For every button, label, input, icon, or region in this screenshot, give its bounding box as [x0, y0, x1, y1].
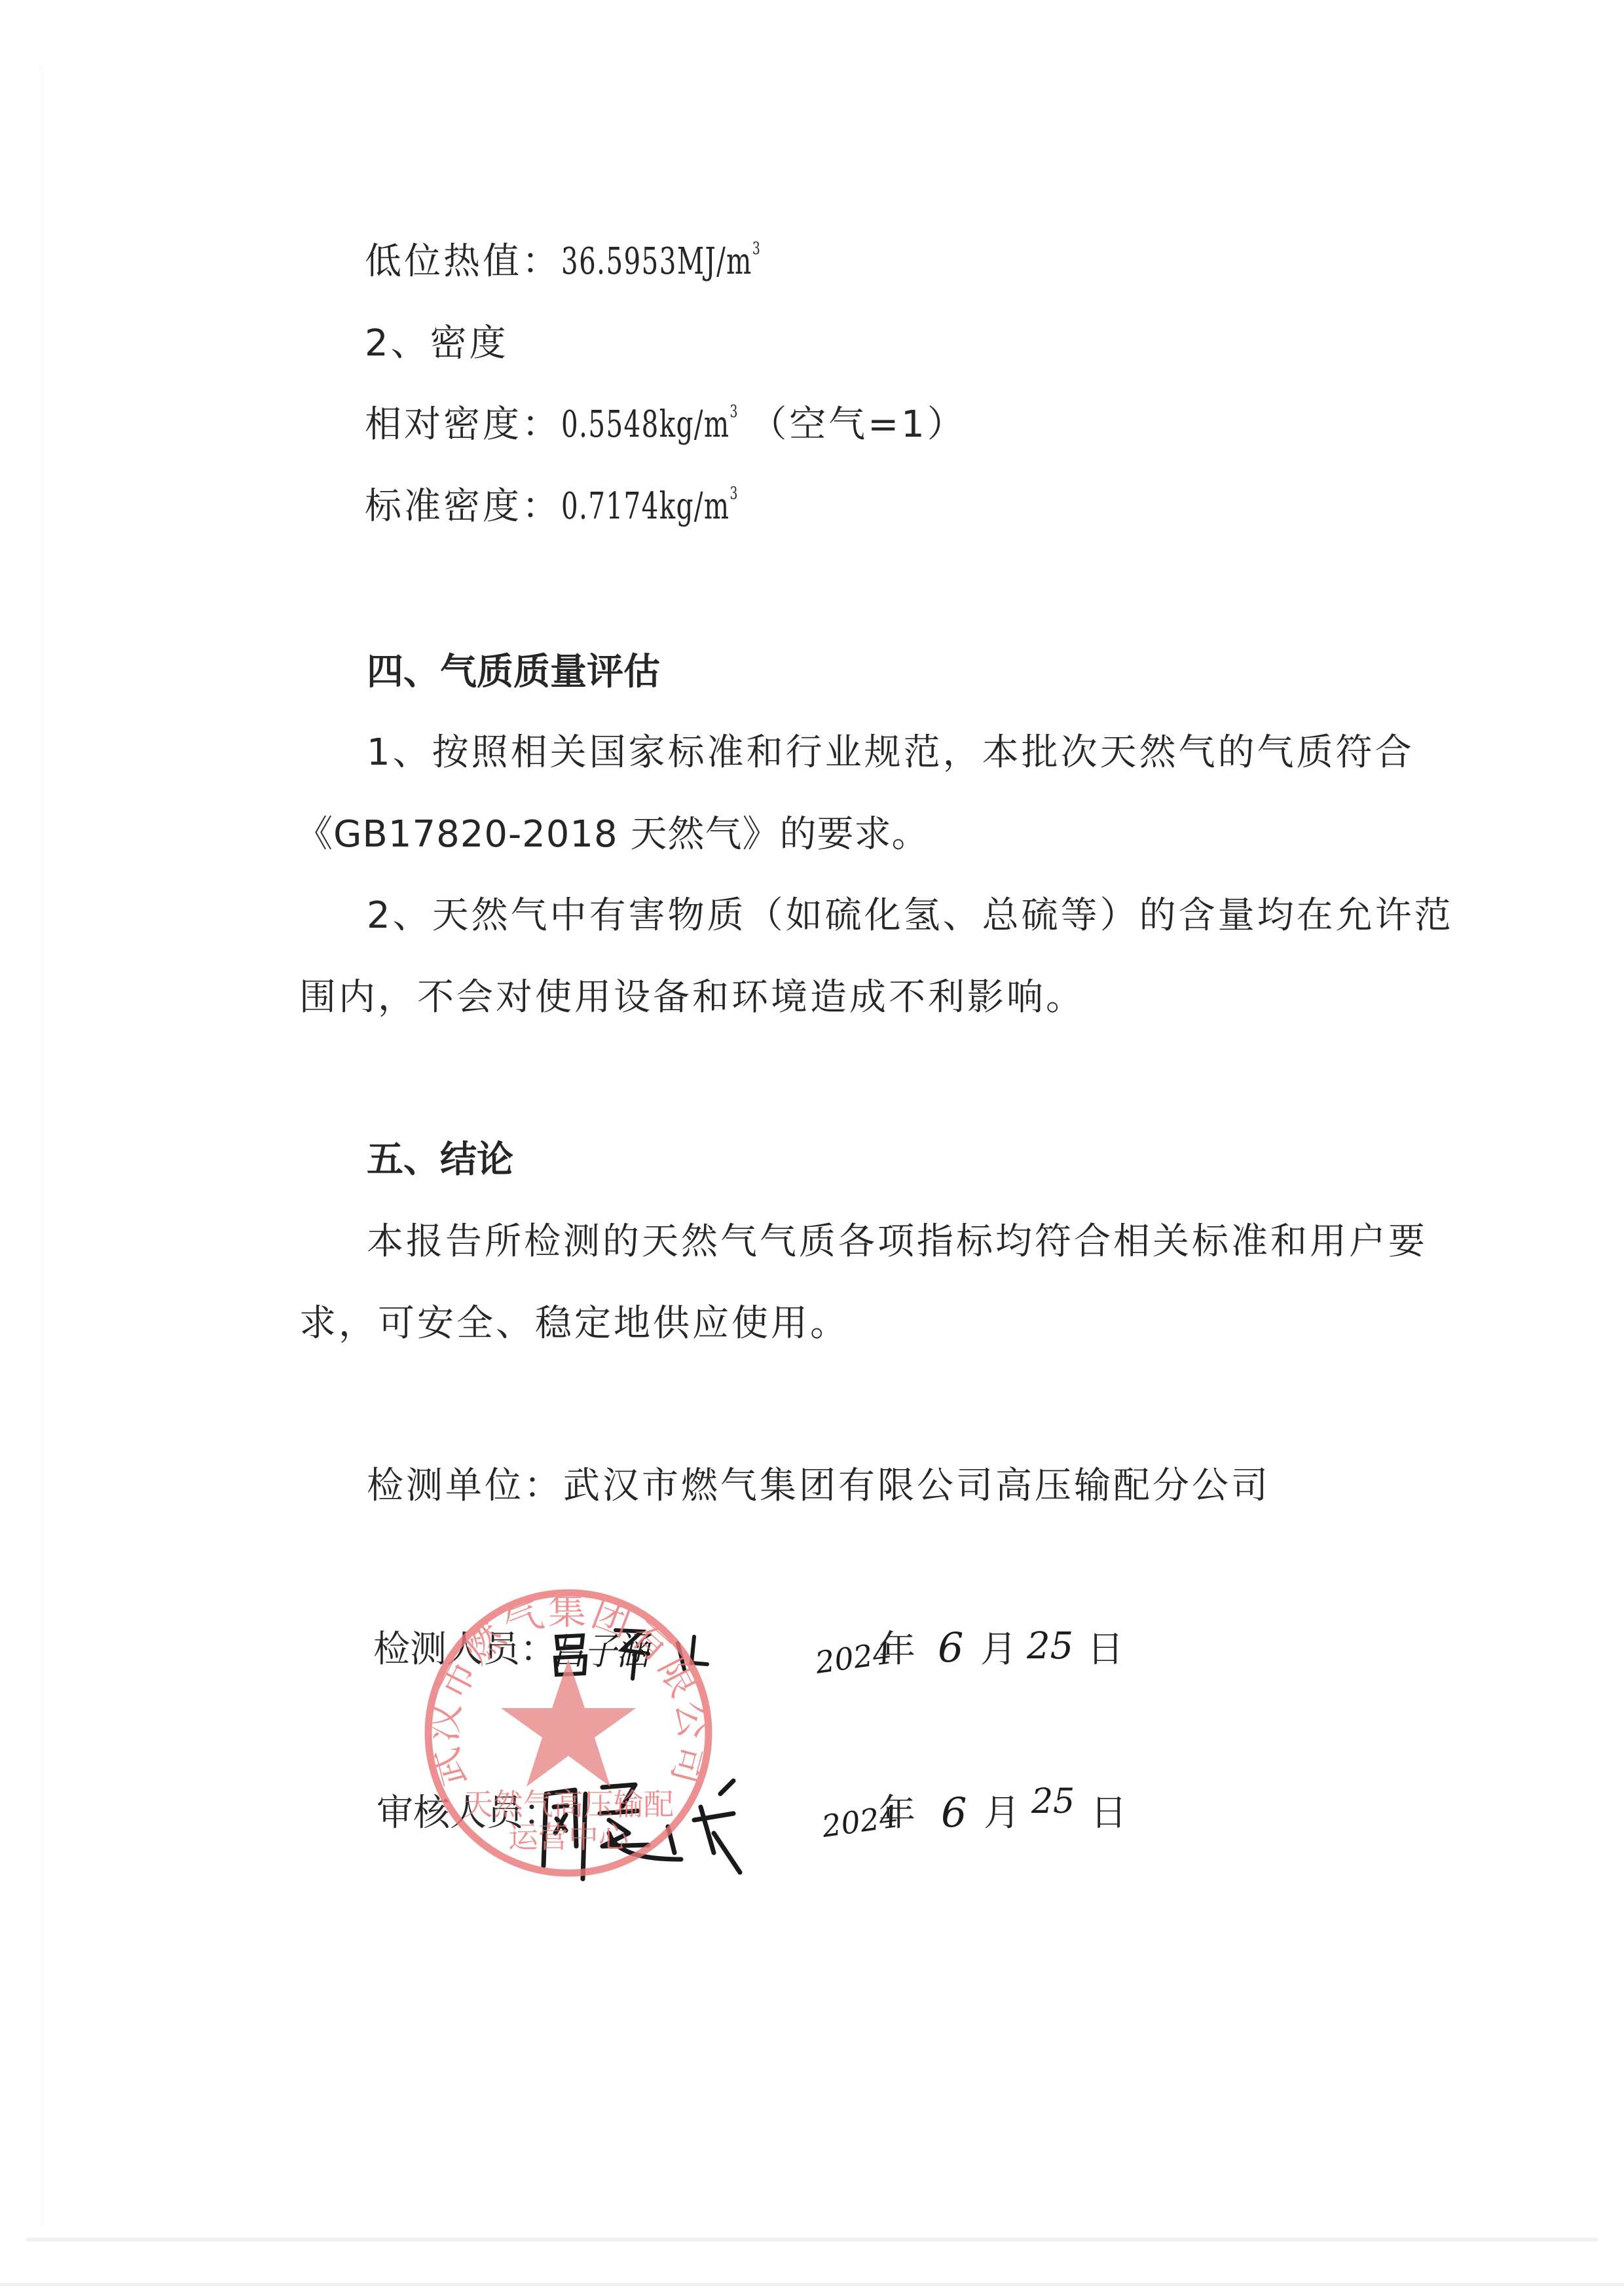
testing-unit-label: 检测单位： — [367, 1465, 563, 1507]
tester-year-char: 年 — [879, 1629, 915, 1671]
lower-heating-value: 36.5953MJ/m3 — [561, 241, 761, 283]
standard-density-line: 标准密度：0.7174kg/m3 — [365, 486, 807, 528]
tester-month-char: 月 — [980, 1629, 1017, 1671]
section-4-item-2-line-2: 围内，不会对使用设备和环境造成不利影响。 — [299, 977, 1085, 1019]
standard-density-label: 标准密度： — [365, 485, 561, 528]
reviewer-label: 审核人员： — [377, 1793, 560, 1834]
reviewer-year-char: 年 — [879, 1793, 915, 1834]
svg-text:武汉市燃气集团有限公司: 武汉市燃气集团有限公司 — [422, 1588, 714, 1792]
scan-edge-bottom — [26, 2238, 1598, 2242]
document-page: 低位热值：36.5953MJ/m3 2、密度 相对密度：0.5548kg/m3（… — [0, 0, 1624, 2296]
tester-date-month: 6 — [938, 1624, 963, 1671]
lower-heating-value-label: 低位热值： — [365, 240, 561, 283]
section-4-item-1-line-2: 《GB17820-2018 天然气》的要求。 — [296, 814, 929, 856]
conclusion-line-1: 本报告所检测的天然气气质各项指标均符合相关标准和用户要 — [367, 1221, 1428, 1263]
tester-label: 检测人员： — [373, 1629, 557, 1671]
reviewer-signature: 周贵球 — [589, 1787, 591, 1788]
lower-heating-value-line: 低位热值：36.5953MJ/m3 — [365, 241, 839, 283]
section-4-heading: 四、气质质量评估 — [367, 651, 660, 693]
relative-density-label: 相对密度： — [365, 403, 561, 446]
section-5-heading: 五、结论 — [367, 1139, 513, 1181]
tester-date-day: 25 — [1027, 1625, 1073, 1667]
relative-density-note: （空气=1） — [750, 403, 967, 446]
reviewer-date-month: 6 — [941, 1789, 967, 1836]
scan-edge-left — [39, 65, 43, 2226]
relative-density-value: 0.5548kg/m3 — [561, 404, 739, 446]
section-4-item-2-line-1: 2、天然气中有害物质（如硫化氢、总硫等）的含量均在允许范 — [367, 895, 1454, 937]
density-subheading: 2、密度 — [365, 323, 509, 365]
reviewer-day-char: 日 — [1090, 1793, 1127, 1834]
testing-unit-line: 检测单位：武汉市燃气集团有限公司高压输配分公司 — [367, 1465, 1270, 1507]
scan-edge-bottom-outer — [0, 2283, 1624, 2286]
tester-signature: 吕子涵 — [552, 1620, 649, 1675]
standard-density-value: 0.7174kg/m3 — [561, 486, 739, 528]
star-icon — [501, 1659, 636, 1787]
reviewer-signature-strokes — [537, 1768, 773, 1886]
seal-arc-text: 武汉市燃气集团有限公司 — [422, 1588, 714, 1792]
relative-density-line: 相对密度：0.5548kg/m3（空气=1） — [365, 404, 967, 446]
reviewer-month-char: 月 — [984, 1793, 1020, 1834]
testing-unit-value: 武汉市燃气集团有限公司高压输配分公司 — [563, 1465, 1270, 1507]
tester-day-char: 日 — [1087, 1629, 1124, 1671]
reviewer-date-day: 25 — [1031, 1782, 1075, 1821]
section-4-item-1-line-1: 1、按照相关国家标准和行业规范，本批次天然气的气质符合 — [367, 732, 1414, 774]
conclusion-line-2: 求，可安全、稳定地供应使用。 — [299, 1303, 849, 1345]
